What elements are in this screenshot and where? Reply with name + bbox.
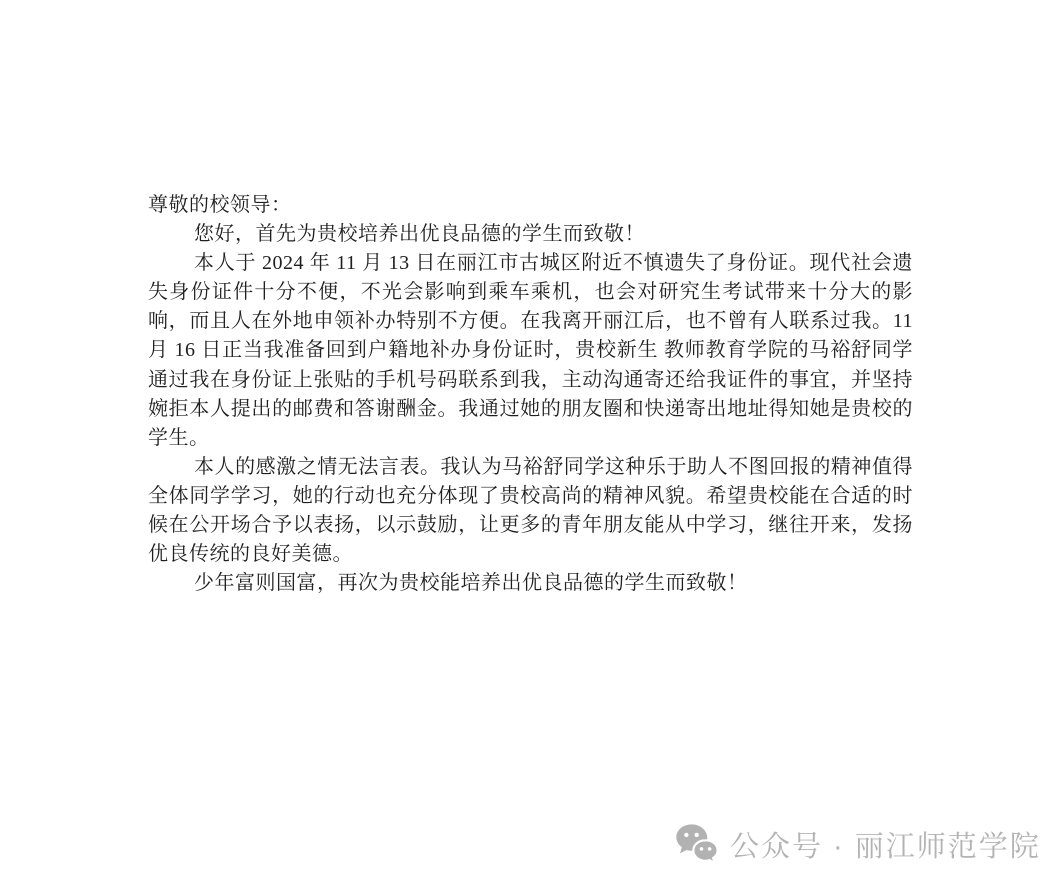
letter-paragraph: 少年富则国富，再次为贵校能培养出优良品德的学生而致敬！	[148, 569, 913, 598]
wechat-account-label: 公众号 · 丽江师范学院	[730, 824, 1041, 865]
letter-paragraph: 本人于 2024 年 11 月 13 日在丽江市古城区附近不慎遗失了身份证。现代…	[148, 249, 913, 453]
letter-body: 尊敬的校领导： 您好，首先为贵校培养出优良品德的学生而致敬！ 本人于 2024 …	[148, 191, 913, 598]
letter-paragraph: 本人的感激之情无法言表。我认为马裕舒同学这种乐于助人不图回报的精神值得全体同学学…	[148, 453, 913, 569]
letter-paragraph: 您好，首先为贵校培养出优良品德的学生而致敬！	[148, 220, 913, 249]
letter-salutation: 尊敬的校领导：	[148, 191, 913, 220]
wechat-watermark: 公众号 · 丽江师范学院	[674, 818, 1041, 870]
wechat-icon	[674, 822, 719, 867]
